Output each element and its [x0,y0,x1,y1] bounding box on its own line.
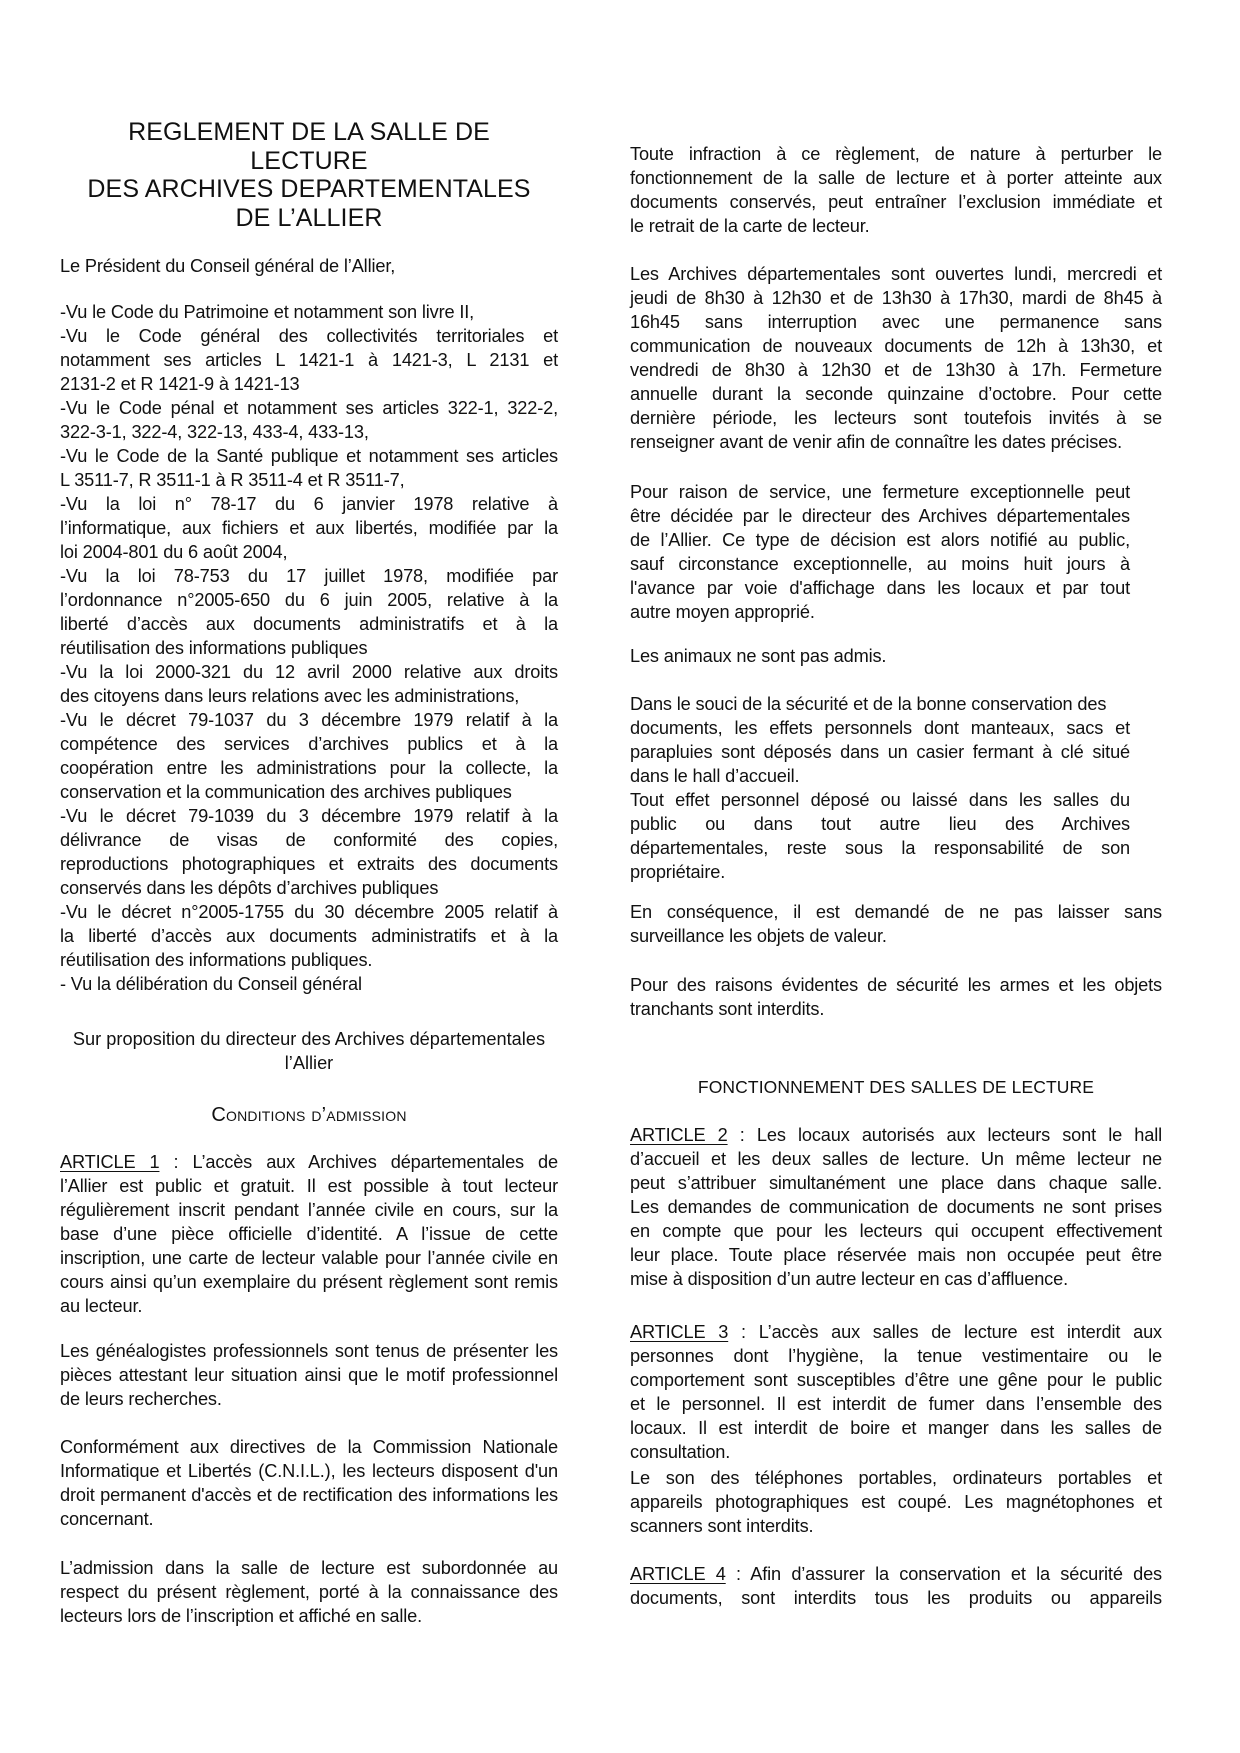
genealogistes-paragraph: Les généalogistes professionnels sont te… [60,1339,558,1411]
article-1: ARTICLE 1 : L’accès aux Archives départe… [60,1150,558,1318]
document-page: REGLEMENT DE LA SALLE DE LECTURE DES ARC… [0,0,1240,1753]
text-line: personnes dont l’hygiène, la tenue vesti… [630,1344,1162,1368]
text-line: Les demandes de communication de documen… [630,1195,1162,1219]
text-line: respect du présent règlement, porté à la… [60,1580,558,1604]
text-line: l’Allier [60,1051,558,1075]
text-line: peut s’attribuer simultanément une place… [630,1171,1162,1195]
consequence-paragraph: En conséquence, il est demandé de ne pas… [630,900,1162,948]
intro-paragraph: Le Président du Conseil général de l’All… [60,254,558,278]
text-line: dans le hall d’accueil. [630,764,1130,788]
text-line: jeudi de 8h30 à 12h30 et de 13h30 à 17h3… [630,286,1162,310]
article-label: ARTICLE 4 [630,1564,726,1584]
text-line: ARTICLE 2 : Les locaux autorisés aux lec… [630,1123,1162,1147]
text-line: - Vu la délibération du Conseil général [60,972,558,996]
proposition-paragraph: Sur proposition du directeur des Archive… [60,1027,558,1075]
text-line: scanners sont interdits. [630,1514,1162,1538]
title-line: LECTURE [60,147,558,176]
text-line: autre moyen approprié. [630,600,1130,624]
text-line: l’ordonnance n°2005-650 du 6 juin 2005, … [60,588,558,612]
text-line: -Vu le Code pénal et notamment ses artic… [60,396,558,420]
weapons-paragraph: Pour des raisons évidentes de sécurité l… [630,973,1162,1021]
text-line: public ou dans tout autre lieu des Archi… [630,812,1130,836]
text-line: documents conservés, peut entraîner l’ex… [630,190,1162,214]
text-line: Le son des téléphones portables, ordinat… [630,1466,1162,1490]
title-line: DE L’ALLIER [60,204,558,233]
text-line: liberté d’accès aux documents administra… [60,612,558,636]
article-3: ARTICLE 3 : L’accès aux salles de lectur… [630,1320,1162,1464]
text-line: -Vu la loi 2000-321 du 12 avril 2000 rel… [60,660,558,684]
text-line: communication de nouveaux documents de 1… [630,334,1162,358]
text-line: conservation et la communication des arc… [60,780,558,804]
text-line: des citoyens dans leurs relations avec l… [60,684,558,708]
text-line: la liberté d’accès aux documents adminis… [60,924,558,948]
text-line: ARTICLE 4 : Afin d’assurer la conservati… [630,1562,1162,1586]
text-line: inscription, une carte de lecteur valabl… [60,1246,558,1270]
text-line: loi 2004-801 du 6 août 2004, [60,540,558,564]
text-line: en compte que pour les lecteurs qui occu… [630,1219,1162,1243]
exceptional-closure-paragraph: Pour raison de service, une fermeture ex… [630,480,1130,624]
text-line: départementales, reste sous la responsab… [630,836,1130,860]
article-label: ARTICLE 3 [630,1322,728,1342]
text-line: Les Archives départementales sont ouvert… [630,262,1162,286]
text-line: l’Allier est public et gratuit. Il est p… [60,1174,558,1198]
text-line: base d’une pièce officielle d’identité. … [60,1222,558,1246]
text-line: Pour des raisons évidentes de sécurité l… [630,973,1162,997]
cnil-paragraph: Conformément aux directives de la Commis… [60,1435,558,1531]
text-line: appareils photographiques est coupé. Les… [630,1490,1162,1514]
article-label: ARTICLE 2 [630,1125,728,1145]
text-line: Toute infraction à ce règlement, de natu… [630,142,1162,166]
text-line: sauf circonstance exceptionnelle, au moi… [630,552,1130,576]
text-line: -Vu le décret 79-1037 du 3 décembre 1979… [60,708,558,732]
text-line: vendredi de 8h30 à 12h30 et de 13h30 à 1… [630,358,1162,382]
section-heading-fonctionnement: FONCTIONNEMENT DES SALLES DE LECTURE [630,1077,1162,1098]
text-line: ARTICLE 1 : L’accès aux Archives départe… [60,1150,558,1174]
text-line: d’accueil et les deux salles de lecture.… [630,1147,1162,1171]
text-line: l'avance par voie d'affichage dans les l… [630,576,1130,600]
text-line: pièces attestant leur situation ainsi qu… [60,1363,558,1387]
text-line: reproductions photographiques et extrait… [60,852,558,876]
text-line: fonctionnement de la salle de lecture et… [630,166,1162,190]
text-line: droit permanent d'accès et de rectificat… [60,1483,558,1507]
text-line: L 3511-7, R 3511-1 à R 3511-4 et R 3511-… [60,468,558,492]
text-line: documents, sont interdits tous les produ… [630,1586,1162,1610]
text-line: -Vu la loi n° 78-17 du 6 janvier 1978 re… [60,492,558,516]
text-line: être décidée par le directeur des Archiv… [630,504,1130,528]
text-line: -Vu la loi 78-753 du 17 juillet 1978, mo… [60,564,558,588]
text-line: -Vu le décret n°2005-1755 du 30 décembre… [60,900,558,924]
text-line: coopération entre les administrations po… [60,756,558,780]
text-line: locaux. Il est interdit de boire et mang… [630,1416,1162,1440]
article-label: ARTICLE 1 [60,1152,159,1172]
text-line: Les généalogistes professionnels sont te… [60,1339,558,1363]
text-line: -Vu le Code de la Santé publique et nota… [60,444,558,468]
text-line: réutilisation des informations publiques [60,636,558,660]
document-title: REGLEMENT DE LA SALLE DE LECTURE DES ARC… [60,118,558,232]
title-line: REGLEMENT DE LA SALLE DE [60,118,558,147]
text-line: de l’Allier. Ce type de décision est alo… [630,528,1130,552]
text-line: Informatique et Libertés (C.N.I.L.), les… [60,1459,558,1483]
text-line: renseigner avant de venir afin de connaî… [630,430,1162,454]
text-line: consultation. [630,1440,1162,1464]
text-line: Tout effet personnel déposé ou laissé da… [630,788,1130,812]
text-line: surveillance les objets de valeur. [630,924,1162,948]
text-line: le retrait de la carte de lecteur. [630,214,1162,238]
text-line: -Vu le décret 79-1039 du 3 décembre 1979… [60,804,558,828]
text-line: Pour raison de service, une fermeture ex… [630,480,1130,504]
infraction-paragraph: Toute infraction à ce règlement, de natu… [630,142,1162,238]
text-line: compétence des services d’archives publi… [60,732,558,756]
admission-paragraph: L’admission dans la salle de lecture est… [60,1556,558,1628]
text-line: Le Président du Conseil général de l’All… [60,254,558,278]
text-line: -Vu le Code général des collectivités te… [60,324,558,348]
text-line: l’informatique, aux fichiers et aux libe… [60,516,558,540]
text-line: au lecteur. [60,1294,558,1318]
text-line: En conséquence, il est demandé de ne pas… [630,900,1162,924]
opening-hours-paragraph: Les Archives départementales sont ouvert… [630,262,1162,454]
text-line: régulièrement inscrit pendant l’année ci… [60,1198,558,1222]
text-line: comportement sont susceptibles d’être un… [630,1368,1162,1392]
text-line: et le personnel. Il est interdit de fume… [630,1392,1162,1416]
text-line: Sur proposition du directeur des Archive… [60,1027,558,1051]
text-line: lecteurs lors de l’inscription et affich… [60,1604,558,1628]
text-line: notamment ses articles L 1421-1 à 1421-3… [60,348,558,372]
text-line: conservés dans les dépôts d’archives pub… [60,876,558,900]
title-line: DES ARCHIVES DEPARTEMENTALES [60,175,558,204]
text-line: -Vu le Code du Patrimoine et notamment s… [60,300,558,324]
text-line: délivrance de visas de conformité des co… [60,828,558,852]
text-line: 322-3-1, 322-4, 322-13, 433-4, 433-13, [60,420,558,444]
text-line: de leurs recherches. [60,1387,558,1411]
article-4: ARTICLE 4 : Afin d’assurer la conservati… [630,1562,1162,1610]
text-line: leur place. Toute place réservée mais no… [630,1243,1162,1267]
text-line: annuelle durant la seconde quinzaine d’o… [630,382,1162,406]
text-line: 2131-2 et R 1421-9 à 1421-13 [60,372,558,396]
vu-considerations: -Vu le Code du Patrimoine et notamment s… [60,300,558,996]
article-2: ARTICLE 2 : Les locaux autorisés aux lec… [630,1123,1162,1291]
personal-effects-paragraph: Dans le souci de la sécurité et de la bo… [630,692,1130,884]
animals-paragraph: Les animaux ne sont pas admis. [630,644,1162,668]
section-heading-conditions-admission: Conditions d’admission [60,1104,558,1127]
text-line: Conformément aux directives de la Commis… [60,1435,558,1459]
text-line: Les animaux ne sont pas admis. [630,644,1162,668]
text-line: 16h45 sans interruption avec une permane… [630,310,1162,334]
text-line: dernière période, les lecteurs sont tout… [630,406,1162,430]
devices-paragraph: Le son des téléphones portables, ordinat… [630,1466,1162,1538]
text-line: concernant. [60,1507,558,1531]
text-line: cours ainsi qu’un exemplaire du présent … [60,1270,558,1294]
text-line: réutilisation des informations publiques… [60,948,558,972]
text-line: tranchants sont interdits. [630,997,1162,1021]
text-line: mise à disposition d’un autre lecteur en… [630,1267,1162,1291]
text-line: parapluies sont déposés dans un casier f… [630,740,1130,764]
text-line: propriétaire. [630,860,1130,884]
text-line: Dans le souci de la sécurité et de la bo… [630,692,1130,716]
text-line: documents, les effets personnels dont ma… [630,716,1130,740]
text-line: ARTICLE 3 : L’accès aux salles de lectur… [630,1320,1162,1344]
text-line: L’admission dans la salle de lecture est… [60,1556,558,1580]
